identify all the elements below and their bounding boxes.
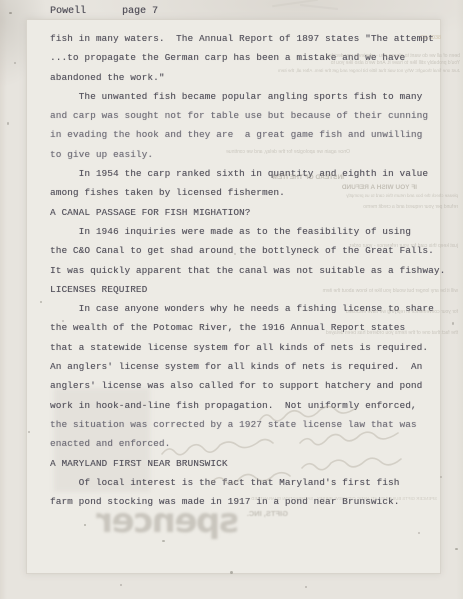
paper-crease [300, 4, 338, 10]
noise-speck [162, 540, 165, 542]
typed-line: The unwanted fish became popular angling… [50, 87, 450, 106]
noise-speck [62, 320, 64, 322]
noise-speck [452, 322, 454, 325]
noise-speck [9, 12, 12, 14]
page-header: Powell page 7 [50, 5, 158, 19]
noise-speck [230, 571, 233, 574]
noise-speck [418, 532, 420, 534]
typed-line: anglers' license was also called for to … [50, 376, 450, 395]
bleedthrough-text: Once again we apologize for the delay, a… [150, 149, 350, 155]
typed-line: In 1946 inquiries were made as to the fe… [50, 222, 450, 241]
bleedthrough-text: refund per your request and a credit mem… [283, 204, 458, 210]
noise-speck [7, 122, 9, 125]
bleedthrough-text: been of all we do want to please you - w… [268, 53, 460, 59]
noise-speck [120, 584, 122, 586]
typed-line: and carp was sought not for table use bu… [50, 106, 450, 125]
typed-line: that a statewide license system for all … [50, 338, 450, 357]
bleedthrough-text: will it be any longer but would you like… [288, 288, 458, 294]
gifts-inc-bleedthrough: GIFTS, INC. [234, 509, 288, 518]
bleedthrough-text: please check the box and return this car… [280, 193, 458, 198]
noise-speck [234, 253, 236, 255]
noise-speck [455, 548, 458, 550]
bleedthrough-text: just keep this card for your reference -… [283, 243, 458, 249]
bleedthrough-text: Just one final thought: Why not wait tha… [150, 68, 460, 73]
bleedthrough-text: You'd probably still like to have it. An… [260, 60, 460, 66]
noise-speck [305, 586, 307, 588]
typed-line: It was quickly apparent that the canal w… [50, 261, 450, 280]
typed-line: An anglers' license system for all kinds… [50, 357, 450, 376]
bleedthrough-text: IF YOU WISH A REFUND [283, 184, 417, 191]
noise-speck [40, 301, 42, 303]
noise-speck [28, 431, 30, 433]
typed-line: in evading the hook and they are a great… [50, 125, 450, 144]
noise-speck [84, 524, 86, 526]
noise-speck [14, 62, 16, 64]
typed-line: fish in many waters. The Annual Report o… [50, 29, 450, 48]
noise-speck [440, 476, 442, 478]
handwriting-bleedthrough [150, 398, 460, 493]
bleedthrough-text: the fact that one of the items you order… [293, 330, 458, 336]
bleedthrough-text: for your convenience in replying we have… [293, 309, 458, 315]
scanned-sheet: Powell page 7 C2-3038 fish in many water… [0, 0, 463, 599]
spencer-logo-bleedthrough: spencer [53, 501, 239, 543]
bleedthrough-text: INSTEAD OF THE ITEM [232, 174, 344, 181]
